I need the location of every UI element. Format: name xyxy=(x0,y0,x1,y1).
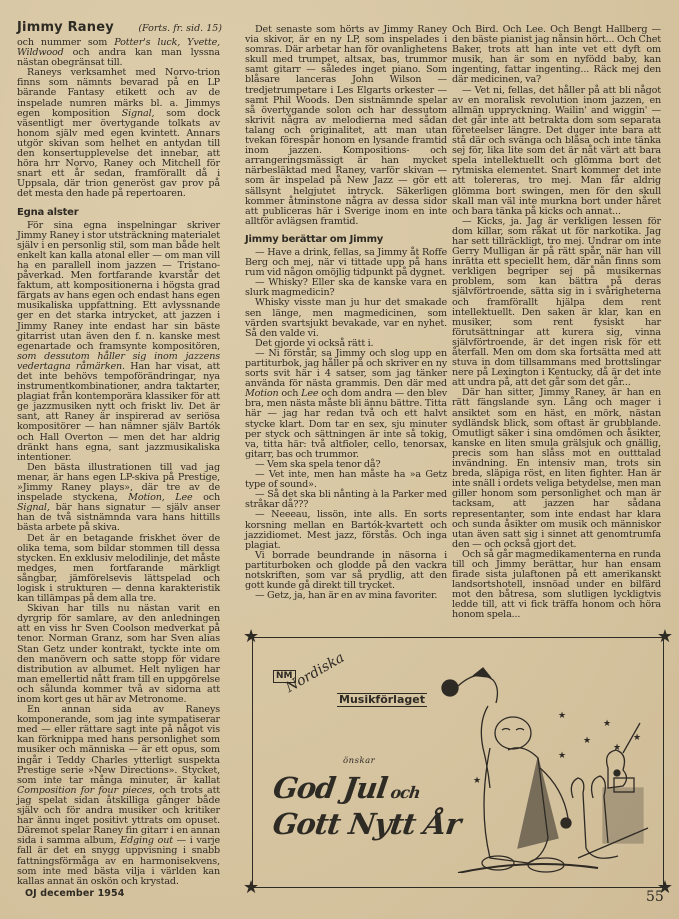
continuation-note: (Forts. fr. sid. 15) xyxy=(138,23,222,34)
paragraph: — Så det ska bli nånting à la Parker med… xyxy=(245,490,447,510)
paragraph: — Neeeau, lissön, inte alls. En sorts ko… xyxy=(245,510,447,550)
paragraph: Raneys verksamhet med Norvo-trion finns … xyxy=(17,68,220,199)
paragraph: — Ni förstår, sa Jimmy och slog upp en p… xyxy=(245,349,447,460)
article-header: Jimmy Raney (Forts. fr. sid. 15) xyxy=(17,20,222,36)
christmas-advertisement: ★ ★ ★ ★ NM Nordiska Musikförlaget önskar… xyxy=(252,637,664,888)
paragraph: För sina egna inspelningar skriver Jimmy… xyxy=(17,221,220,463)
svg-text:★: ★ xyxy=(558,751,566,761)
article-title: Jimmy Raney xyxy=(17,20,114,35)
paragraph: Det är en betagande friskhet över de oli… xyxy=(17,534,220,605)
subheading-jimmy-berattar: Jimmy berättar om Jimmy xyxy=(245,235,447,245)
paragraph: Skivan har tills nu nästan varit en dyrg… xyxy=(17,604,220,705)
paragraph: — Getz, ja, han är en av mina favoriter. xyxy=(245,591,447,601)
subheading-egna-alster: Egna alster xyxy=(17,208,220,218)
column-middle: Det senaste som hörts av Jimmy Raney via… xyxy=(245,25,447,601)
paragraph: — Have a drink, fellas, sa Jimmy åt Roff… xyxy=(245,248,447,278)
paragraph: — Kicks, ja. Jag är verkligen lessen för… xyxy=(452,217,661,389)
star-icon: ★ xyxy=(243,879,259,897)
issue-footer: OJ december 1954 xyxy=(25,888,124,899)
paragraph: Det senaste som hörts av Jimmy Raney via… xyxy=(245,25,447,227)
svg-text:★: ★ xyxy=(473,776,481,786)
brand-block-text: Musikförlaget xyxy=(337,693,427,707)
column-right: Och Bird. Och Lee. Och Bengt Hallberg — … xyxy=(452,25,661,621)
paragraph: Där han sitter, Jimmy Raney, är han en r… xyxy=(452,388,661,550)
page-number: 55 xyxy=(646,889,664,905)
svg-text:★: ★ xyxy=(583,736,591,746)
svg-text:★: ★ xyxy=(633,733,641,743)
greeting-line-1: God Jul och xyxy=(271,773,423,808)
svg-text:★: ★ xyxy=(613,743,621,753)
svg-text:★: ★ xyxy=(603,719,611,729)
paragraph: Och Bird. Och Lee. Och Bengt Hallberg — … xyxy=(452,25,661,86)
star-icon: ★ xyxy=(657,628,673,646)
paragraph: Den bästa illustrationen till vad jag me… xyxy=(17,463,220,534)
santa-illustration-icon: ★★★ ★★★ ★ xyxy=(418,658,653,873)
paragraph: — Vet ni, fellas, det håller på att bli … xyxy=(452,86,661,217)
column-left: och nummer som Potter's luck, Yvette, Wi… xyxy=(17,38,220,887)
paragraph: En annan sida av Raneys komponerande, so… xyxy=(17,705,220,887)
star-icon: ★ xyxy=(243,628,259,646)
paragraph: Whisky visste man ju hur det smakade sen… xyxy=(245,298,447,338)
paragraph: och nummer som Potter's luck, Yvette, Wi… xyxy=(17,38,220,68)
wishes-text: önskar xyxy=(343,756,375,766)
paragraph: Vi borrade beundrande in näsorna i parti… xyxy=(245,551,447,591)
paragraph: Och så går magmedikamenterna en runda ti… xyxy=(452,550,661,621)
svg-text:★: ★ xyxy=(558,711,566,721)
paragraph: — Whisky? Eller ska de kanske vara en sl… xyxy=(245,278,447,298)
paragraph: — Vet inte, men han måste ha »a Getz typ… xyxy=(245,470,447,490)
